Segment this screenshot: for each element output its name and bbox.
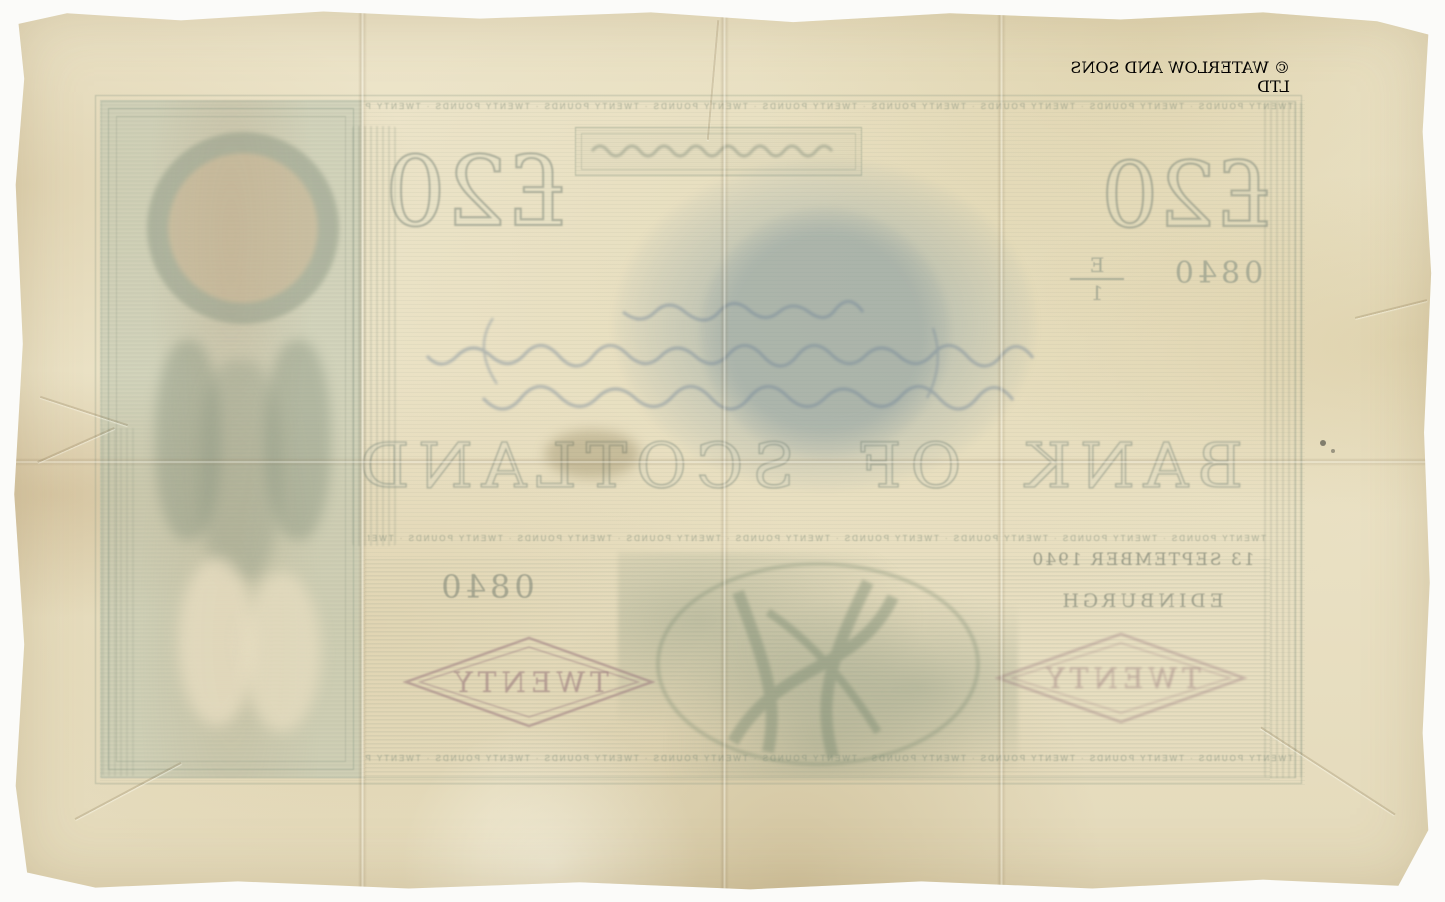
- portrait-medallion: [147, 132, 339, 324]
- series-letter: E: [1090, 253, 1105, 277]
- left-ornate-panel: [100, 100, 362, 778]
- title-plate: [575, 127, 862, 176]
- fraction-bar: [1070, 278, 1124, 280]
- pale-oval-left: [178, 558, 256, 726]
- ornate-pillar-left: [352, 126, 396, 546]
- center-seal-stain: [615, 160, 1035, 490]
- engraved-figure-left: [155, 340, 221, 540]
- ornate-pillar-frame-left: [102, 428, 136, 776]
- series-number: 1: [1091, 281, 1104, 305]
- crease-left-edge-1: [40, 396, 128, 426]
- denomination-corner-left: £20: [398, 130, 568, 260]
- pale-oval-right: [243, 572, 321, 732]
- illegible-plate-engraving: [586, 136, 848, 166]
- crease-right-mid: [1355, 299, 1427, 319]
- crease-bottom-left: [75, 762, 182, 820]
- printer-imprint: © WATERLOW AND SONS LTD: [1050, 58, 1290, 72]
- serial-number-top: 0840: [1152, 256, 1282, 301]
- fold-line-horizontal: [10, 458, 1434, 466]
- crease-left-edge-2: [37, 427, 115, 463]
- panel-border: [108, 108, 354, 770]
- fold-line-vertical-1: [358, 8, 367, 892]
- title-plate-inner: [581, 133, 856, 170]
- margin-ink-dot: [1320, 440, 1326, 446]
- vignette-monogram: [618, 552, 1018, 778]
- center-seal-core: [700, 208, 950, 458]
- microtext-top: TWENTY POUNDS · TWENTY POUNDS · TWENTY P…: [365, 102, 1293, 118]
- engraved-ornament-center: [200, 360, 280, 580]
- crease-bottom-right: [1260, 727, 1395, 816]
- crease-top-center: [707, 20, 719, 140]
- diamond-outer: [406, 638, 652, 726]
- diamond-outer: [998, 634, 1244, 722]
- scanned-banknote-image: TWENTY POUNDS · TWENTY POUNDS · TWENTY P…: [0, 0, 1445, 902]
- twenty-diamond-right: TWENTY: [990, 628, 1252, 732]
- vignette-foliage: [618, 552, 1018, 778]
- panel-border-inner: [116, 116, 346, 762]
- note-frame-inner: [101, 101, 1296, 778]
- script-text-bleed: [388, 288, 1053, 436]
- fold-line-vertical-2: [720, 8, 729, 892]
- microtext-bottom: TWENTY POUNDS · TWENTY POUNDS · TWENTY P…: [365, 754, 1293, 770]
- date-bleed: 13 SEPTEMBER 1940: [1030, 550, 1255, 576]
- ink-smudge: [545, 430, 640, 478]
- series-fraction: E 1: [1062, 252, 1132, 312]
- diamond-inner: [420, 647, 638, 717]
- microtext-middle: TWENTY POUNDS · TWENTY POUNDS · TWENTY P…: [368, 534, 1266, 550]
- diamond-inner: [1012, 643, 1230, 713]
- ornate-pillar-right: [1264, 102, 1302, 778]
- denomination-corner-right: £20: [1092, 138, 1282, 258]
- note-frame-outer: [95, 95, 1302, 784]
- twenty-diamond-left: TWENTY: [398, 632, 660, 736]
- city-bleed: EDINBURGH: [1056, 590, 1226, 618]
- serial-number-bottom: 0840: [426, 568, 546, 614]
- diamond-word: TWENTY: [1041, 662, 1201, 695]
- bank-title-bleed: BANK OF SCOTLAND: [368, 420, 1243, 515]
- banknote-paper: TWENTY POUNDS · TWENTY POUNDS · TWENTY P…: [10, 8, 1434, 892]
- engraving-line-texture: [100, 100, 1305, 785]
- fold-line-vertical-3: [997, 8, 1006, 892]
- lower-engraved-band: [365, 556, 1270, 780]
- engraved-figure-right: [265, 340, 331, 540]
- panel-texture: [100, 100, 362, 778]
- diamond-word: TWENTY: [449, 666, 609, 699]
